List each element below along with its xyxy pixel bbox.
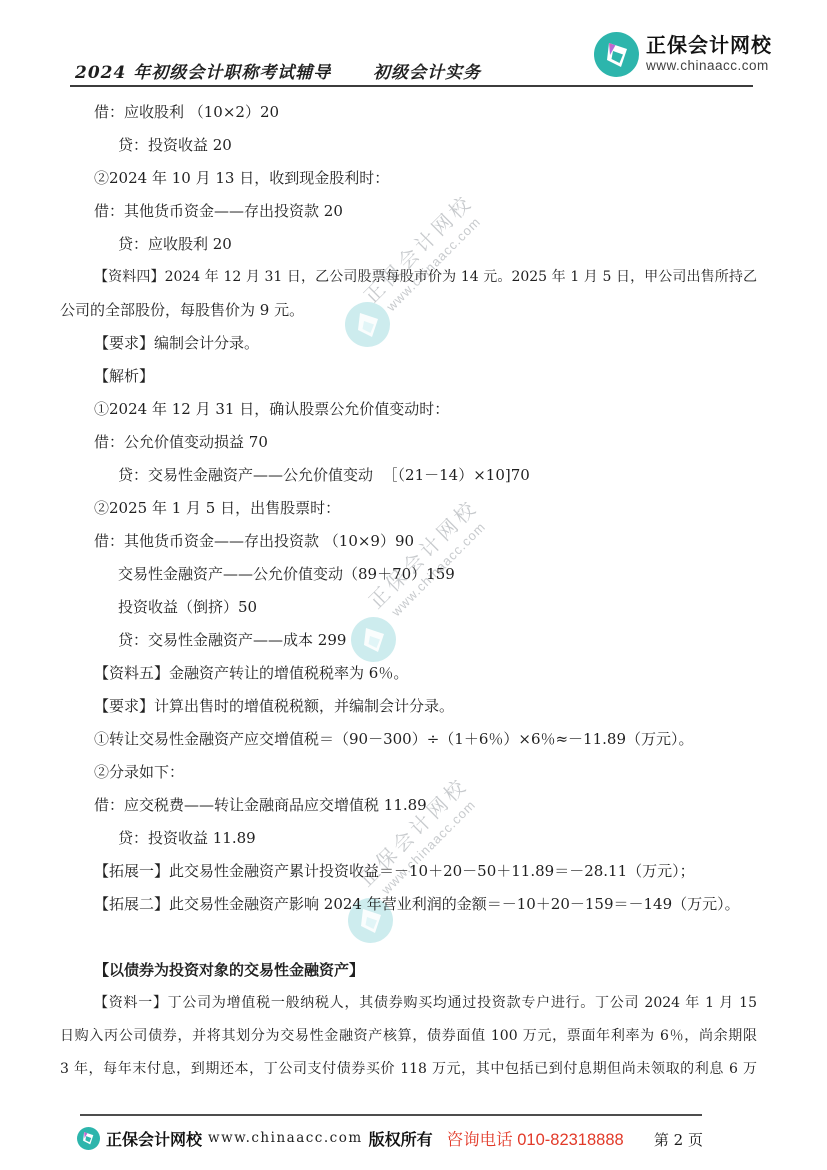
body-line-1: 借：应收股利 （10×2）20 xyxy=(60,96,757,129)
body-line-11: 借：公允价值变动损益 70 xyxy=(60,426,757,459)
body-line-16: 投资收益（倒挤）50 xyxy=(60,591,757,624)
brand-logo-text: 正保会计网校 www.chinaacc.com xyxy=(646,35,772,74)
brand-logo: 正保会计网校 www.chinaacc.com xyxy=(594,32,772,77)
brand-name: 正保会计网校 xyxy=(646,35,772,58)
footer-phone: 咨询电话 010-82318888 xyxy=(447,1126,624,1150)
header-course-title: 2024 年初级会计职称考试辅导 xyxy=(75,58,331,83)
body-line-4: 借：其他货币资金——存出投资款 20 xyxy=(60,195,757,228)
body-line-28: 【资料一】丁公司为增值税一般纳税人，其债券购买均通过投资款专户进行。丁公司 20… xyxy=(60,987,757,1020)
body-line-25: 【拓展二】此交易性金融资产影响 2024 年营业利润的金额＝－10＋20－159… xyxy=(60,888,757,921)
body-line-13: ②2025 年 1 月 5 日，出售股票时： xyxy=(60,492,757,525)
body-line-15: 交易性金融资产——公允价值变动（89＋70）159 xyxy=(60,558,757,591)
body-line-26 xyxy=(60,921,757,954)
body-line-22: 借：应交税费——转让金融商品应交增值税 11.89 xyxy=(60,789,757,822)
body-line-9: 【解析】 xyxy=(60,360,757,393)
header-subject-title: 初级会计实务 xyxy=(373,58,481,83)
document-body: 借：应收股利 （10×2）20贷：投资收益 20②2024 年 10 月 13 … xyxy=(60,96,757,1086)
footer-copyright: 版权所有 xyxy=(369,1127,433,1150)
footer-rule xyxy=(80,1114,702,1116)
body-line-3: ②2024 年 10 月 13 日，收到现金股利时： xyxy=(60,162,757,195)
body-line-27: 【以债券为投资对象的交易性金融资产】 xyxy=(60,954,757,987)
body-line-20: ①转让交易性金融资产应交增值税＝（90－300）÷（1＋6％）×6％≈－11.8… xyxy=(60,723,757,756)
footer: 正保会计网校 www.chinaacc.com 版权所有 咨询电话 010-82… xyxy=(77,1124,624,1152)
body-line-24: 【拓展一】此交易性金融资产累计投资收益＝－10＋20－50＋11.89＝－28.… xyxy=(60,855,757,888)
body-line-17: 贷：交易性金融资产——成本 299 xyxy=(60,624,757,657)
footer-site-url: www.chinaacc.com xyxy=(208,1130,363,1146)
body-line-14: 借：其他货币资金——存出投资款 （10×9）90 xyxy=(60,525,757,558)
body-line-18: 【资料五】金融资产转让的增值税税率为 6％。 xyxy=(60,657,757,690)
footer-brand-name: 正保会计网校 xyxy=(106,1127,202,1150)
brand-logo-icon xyxy=(594,32,639,77)
body-line-8: 【要求】编制会计分录。 xyxy=(60,327,757,360)
body-line-12: 贷：交易性金融资产——公允价值变动 ［（21－14）×10]70 xyxy=(60,459,757,492)
footer-brand-logo-icon xyxy=(77,1127,100,1150)
body-line-29: 日购入丙公司债券，并将其划分为交易性金融资产核算，债券面值 100 万元，票面年… xyxy=(60,1020,757,1053)
body-line-5: 贷：应收股利 20 xyxy=(60,228,757,261)
body-line-30: 3 年，每年末付息，到期还本，丁公司支付债券买价 118 万元，其中包括已到付息… xyxy=(60,1053,757,1086)
brand-url: www.chinaacc.com xyxy=(646,58,772,74)
body-line-19: 【要求】计算出售时的增值税税额，并编制会计分录。 xyxy=(60,690,757,723)
body-line-23: 贷：投资收益 11.89 xyxy=(60,822,757,855)
document-page: 2024 年初级会计职称考试辅导 初级会计实务 正保会计网校 www.china… xyxy=(0,0,827,1170)
body-line-6: 【资料四】2024 年 12 月 31 日，乙公司股票每股市价为 14 元。20… xyxy=(60,261,757,294)
body-line-21: ②分录如下： xyxy=(60,756,757,789)
body-line-7: 公司的全部股份，每股售价为 9 元。 xyxy=(60,294,757,327)
header-rule xyxy=(70,85,753,87)
body-line-10: ①2024 年 12 月 31 日，确认股票公允价值变动时： xyxy=(60,393,757,426)
body-line-2: 贷：投资收益 20 xyxy=(60,129,757,162)
footer-page-number: 第 2 页 xyxy=(654,1129,703,1150)
